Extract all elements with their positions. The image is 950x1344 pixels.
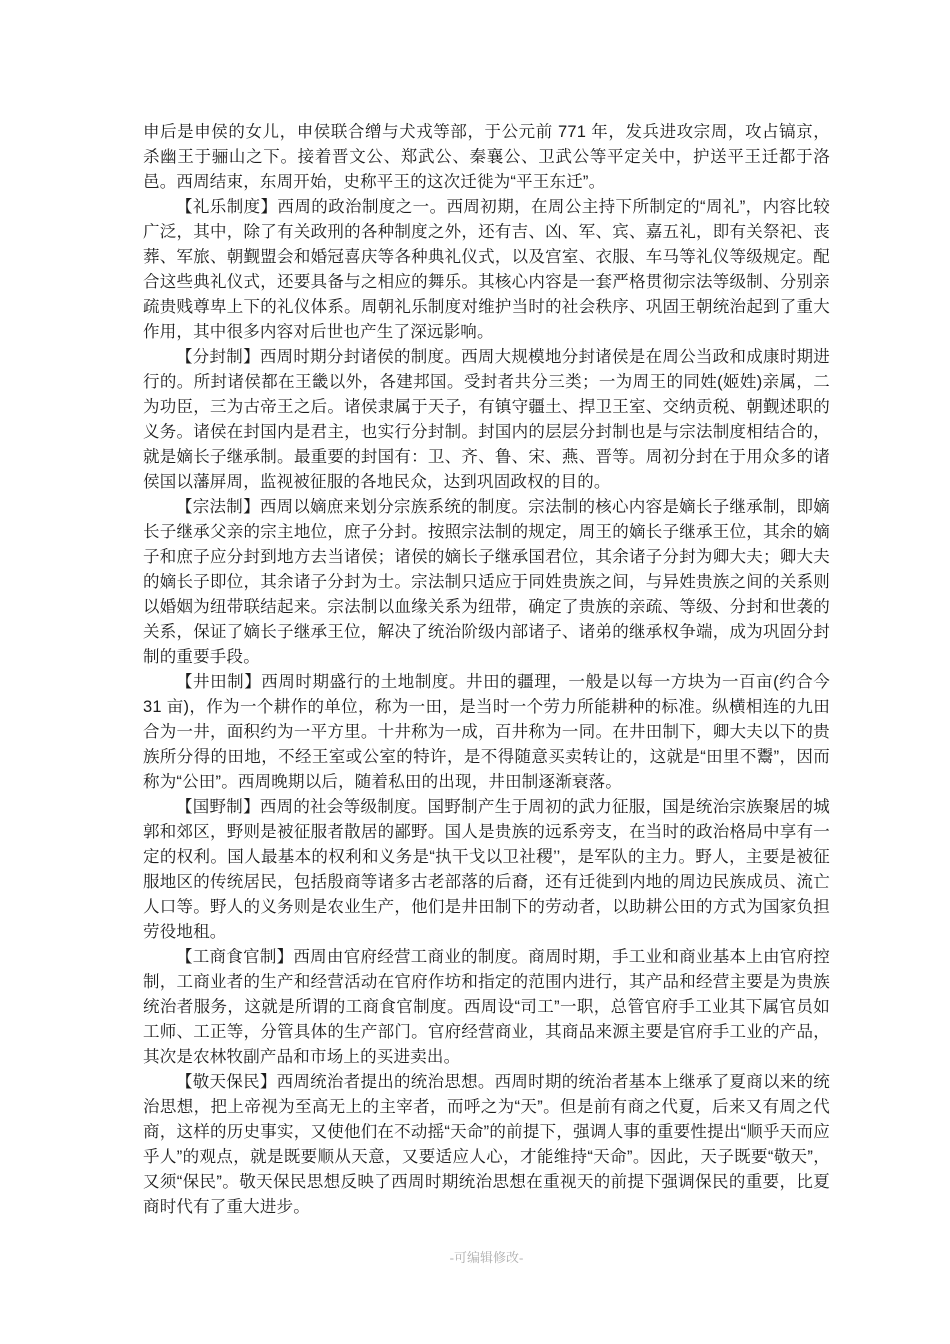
paragraph-guoye-zhi: 【国野制】西周的社会等级制度。国野制产生于周初的武力征服，国是统治宗族聚居的城郭… (143, 795, 830, 945)
document-page: 申后是申侯的女儿，申侯联合缯与犬戎等部，于公元前 771 年，发兵进攻宗周，攻占… (0, 0, 950, 1344)
paragraph-jingtian-zhi: 【井田制】西周时期盛行的土地制度。井田的疆理，一般是以每一方块为一百亩(约合今 … (143, 670, 830, 795)
paragraph-fenfeng-zhi: 【分封制】西周时期分封诸侯的制度。西周大规模地分封诸侯是在周公当政和成康时期进行… (143, 345, 830, 495)
page-footer: -可编辑修改- (143, 1249, 830, 1267)
paragraph-gongshang-shiguan-zhi: 【工商食官制】西周由官府经营工商业的制度。商周时期，手工业和商业基本上由官府控制… (143, 945, 830, 1070)
document-body: 申后是申侯的女儿，申侯联合缯与犬戎等部，于公元前 771 年，发兵进攻宗周，攻占… (143, 120, 830, 1220)
paragraph-jingtian-baomin: 【敬天保民】西周统治者提出的统治思想。西周时期的统治者基本上继承了夏商以来的统治… (143, 1070, 830, 1220)
paragraph-intro-pingwang-dongqian: 申后是申侯的女儿，申侯联合缯与犬戎等部，于公元前 771 年，发兵进攻宗周，攻占… (143, 120, 830, 195)
paragraph-liyue-zhidu: 【礼乐制度】西周的政治制度之一。西周初期，在周公主持下所制定的“周礼”，内容比较… (143, 195, 830, 345)
paragraph-zongfa-zhi: 【宗法制】西周以嫡庶来划分宗族系统的制度。宗法制的核心内容是嫡长子继承制，即嫡长… (143, 495, 830, 670)
